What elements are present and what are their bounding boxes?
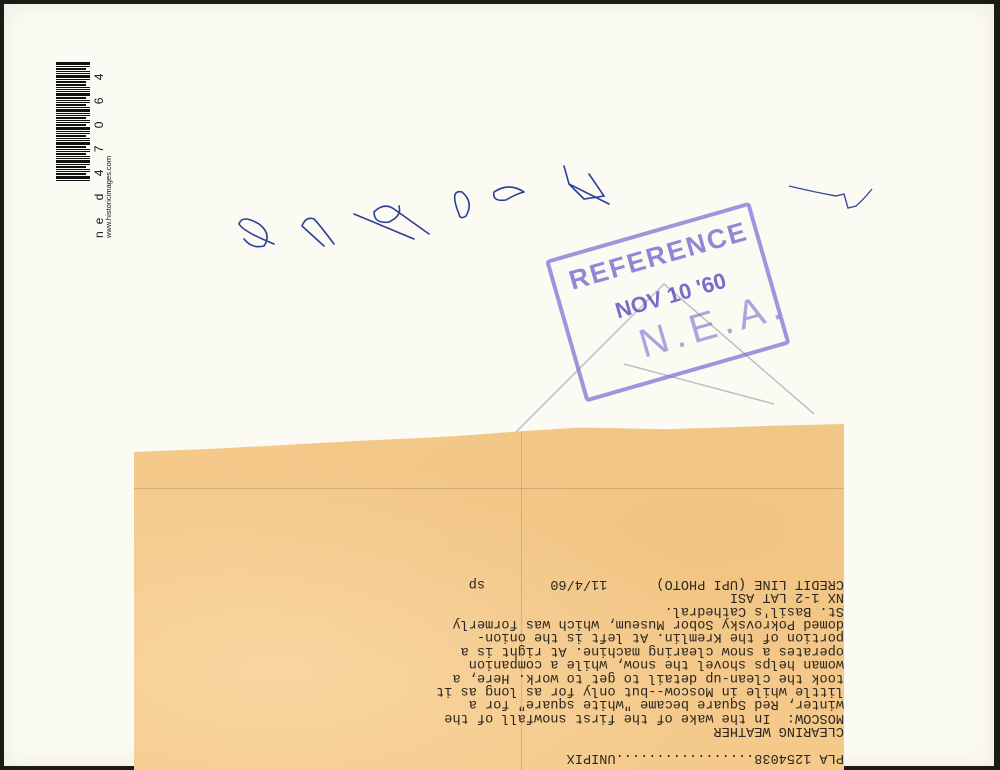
caption-slip: PLA 1254038.................UNIPIXCLEARI… — [134, 424, 844, 770]
barcode — [56, 62, 90, 240]
caption-lines: PLA 1254038.................UNIPIXCLEARI… — [224, 577, 844, 764]
caption-line: little while in Moscow--but only for as … — [224, 684, 844, 697]
caption-line: portion of the Kremlin. At left is the o… — [224, 630, 844, 643]
caption-text-upside-down: PLA 1254038.................UNIPIXCLEARI… — [134, 424, 844, 770]
pen-mark — [764, 144, 914, 224]
caption-line: MOSCOW: In the wake of the first snowfal… — [224, 710, 844, 723]
caption-line: PLA 1254038.................UNIPIX — [224, 751, 844, 764]
caption-line — [224, 737, 844, 750]
caption-line: CLEARING WEATHER — [224, 724, 844, 737]
barcode-url: www.historicimages.com — [104, 156, 113, 238]
caption-line: winter, Red Square became "white square"… — [224, 697, 844, 710]
caption-line: operates a snow clearing machine. At rig… — [224, 643, 844, 656]
photo-back-paper: ne d 4 7 0 6 4 www.historicimages.com RE… — [4, 4, 994, 766]
caption-line: woman helps shovel the snow, while a com… — [224, 657, 844, 670]
caption-line: CREDIT LINE (UPI PHOTO) 11/4/60 sp — [224, 577, 844, 590]
caption-line: St. Basil's Cathedral. — [224, 603, 844, 616]
caption-line: NX 1-2 LAT ASI — [224, 590, 844, 603]
barcode-label: ne d 4 7 0 6 4 www.historicimages.com — [88, 62, 118, 240]
caption-line: domed Pokrovsky Sobor Museum, which was … — [224, 617, 844, 630]
caption-line: took the clean-up detail to get to work.… — [224, 670, 844, 683]
